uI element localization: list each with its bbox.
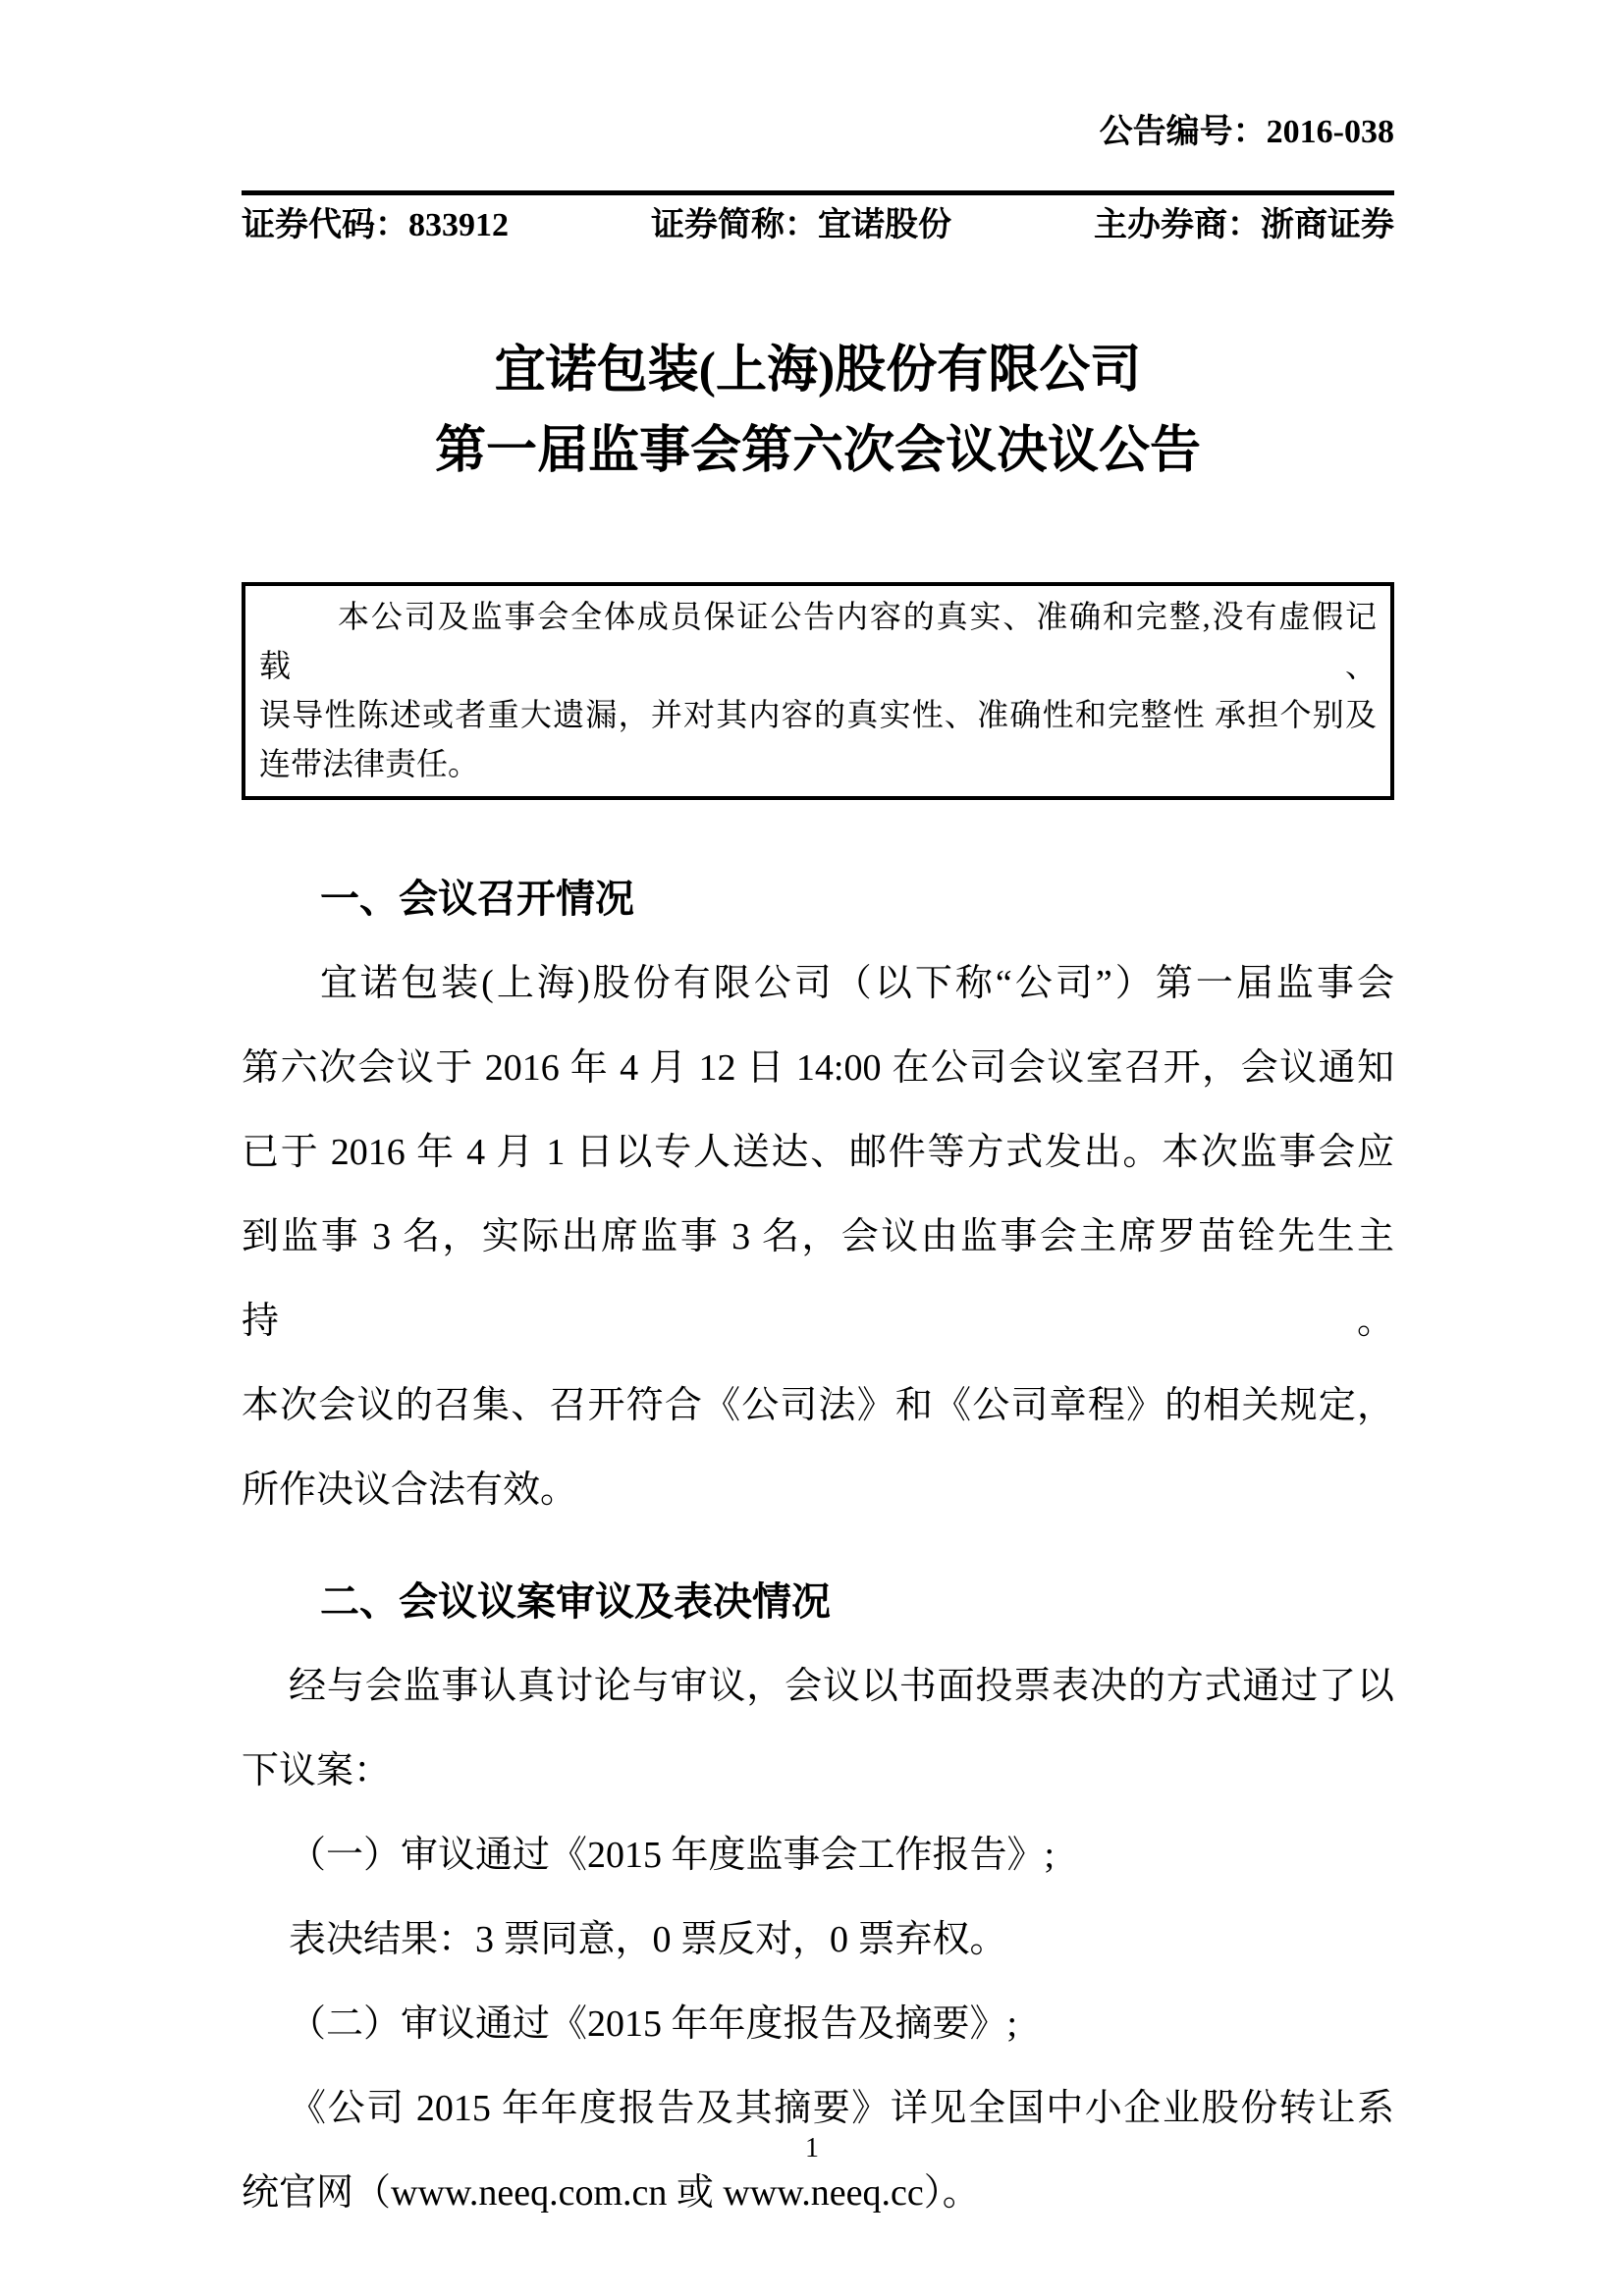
- body-line: 经与会监事认真讨论与审议，会议以书面投票表决的方式通过了以: [242, 1644, 1394, 1729]
- announcement-number: 公告编号：2016-038: [242, 110, 1394, 155]
- body-line: 第六次会议于 2016 年 4 月 12 日 14:00 在公司会议室召开，会议…: [242, 1026, 1394, 1110]
- document-title-line1: 宜诺包装(上海)股份有限公司: [242, 331, 1394, 411]
- header-divider: [242, 190, 1394, 195]
- page-number: 1: [0, 2132, 1624, 2165]
- disclaimer-line: 本公司及监事会全体成员保证公告内容的真实、准确和完整,没有虚假记载、: [259, 592, 1377, 690]
- document-body: 一、会议召开情况宜诺包装(上海)股份有限公司（以下称“公司”）第一届监事会第六次…: [242, 857, 1394, 2235]
- body-line: 所作决议合法有效。: [242, 1448, 1394, 1532]
- document-page: 公告编号：2016-038 证券代码：833912 证券简称：宜诺股份 主办券商…: [0, 0, 1624, 2296]
- disclaimer-box: 本公司及监事会全体成员保证公告内容的真实、准确和完整,没有虚假记载、误导性陈述或…: [242, 582, 1394, 800]
- disclaimer-line: 连带法律责任。: [259, 739, 1377, 788]
- document-title-line2: 第一届监事会第六次会议决议公告: [242, 411, 1394, 492]
- body-line: 表决结果：3 票同意，0 票反对，0 票弃权。: [242, 1897, 1394, 1982]
- section-heading: 一、会议召开情况: [242, 857, 1394, 941]
- body-line: 宜诺包装(上海)股份有限公司（以下称“公司”）第一届监事会: [242, 941, 1394, 1026]
- body-line: 本次会议的召集、召开符合《公司法》和《公司章程》的相关规定，: [242, 1363, 1394, 1448]
- body-line: 下议案：: [242, 1729, 1394, 1813]
- securities-abbr: 证券简称：宜诺股份: [651, 205, 951, 246]
- section-heading: 二、会议议案审议及表决情况: [242, 1560, 1394, 1644]
- securities-info-row: 证券代码：833912 证券简称：宜诺股份 主办券商：浙商证券: [242, 205, 1394, 246]
- body-line: （二）审议通过《2015 年年度报告及摘要》;: [242, 1982, 1394, 2066]
- disclaimer-line: 误导性陈述或者重大遗漏，并对其内容的真实性、准确性和完整性 承担个别及: [259, 690, 1377, 739]
- securities-code: 证券代码：833912: [242, 205, 509, 246]
- document-title: 宜诺包装(上海)股份有限公司 第一届监事会第六次会议决议公告: [242, 331, 1394, 492]
- sponsor-broker: 主办券商：浙商证券: [1094, 205, 1394, 246]
- body-line: （一）审议通过《2015 年度监事会工作报告》;: [242, 1813, 1394, 1897]
- body-line: 到监事 3 名，实际出席监事 3 名，会议由监事会主席罗苗铨先生主持。: [242, 1195, 1394, 1363]
- body-line: 已于 2016 年 4 月 1 日以专人送达、邮件等方式发出。本次监事会应: [242, 1110, 1394, 1195]
